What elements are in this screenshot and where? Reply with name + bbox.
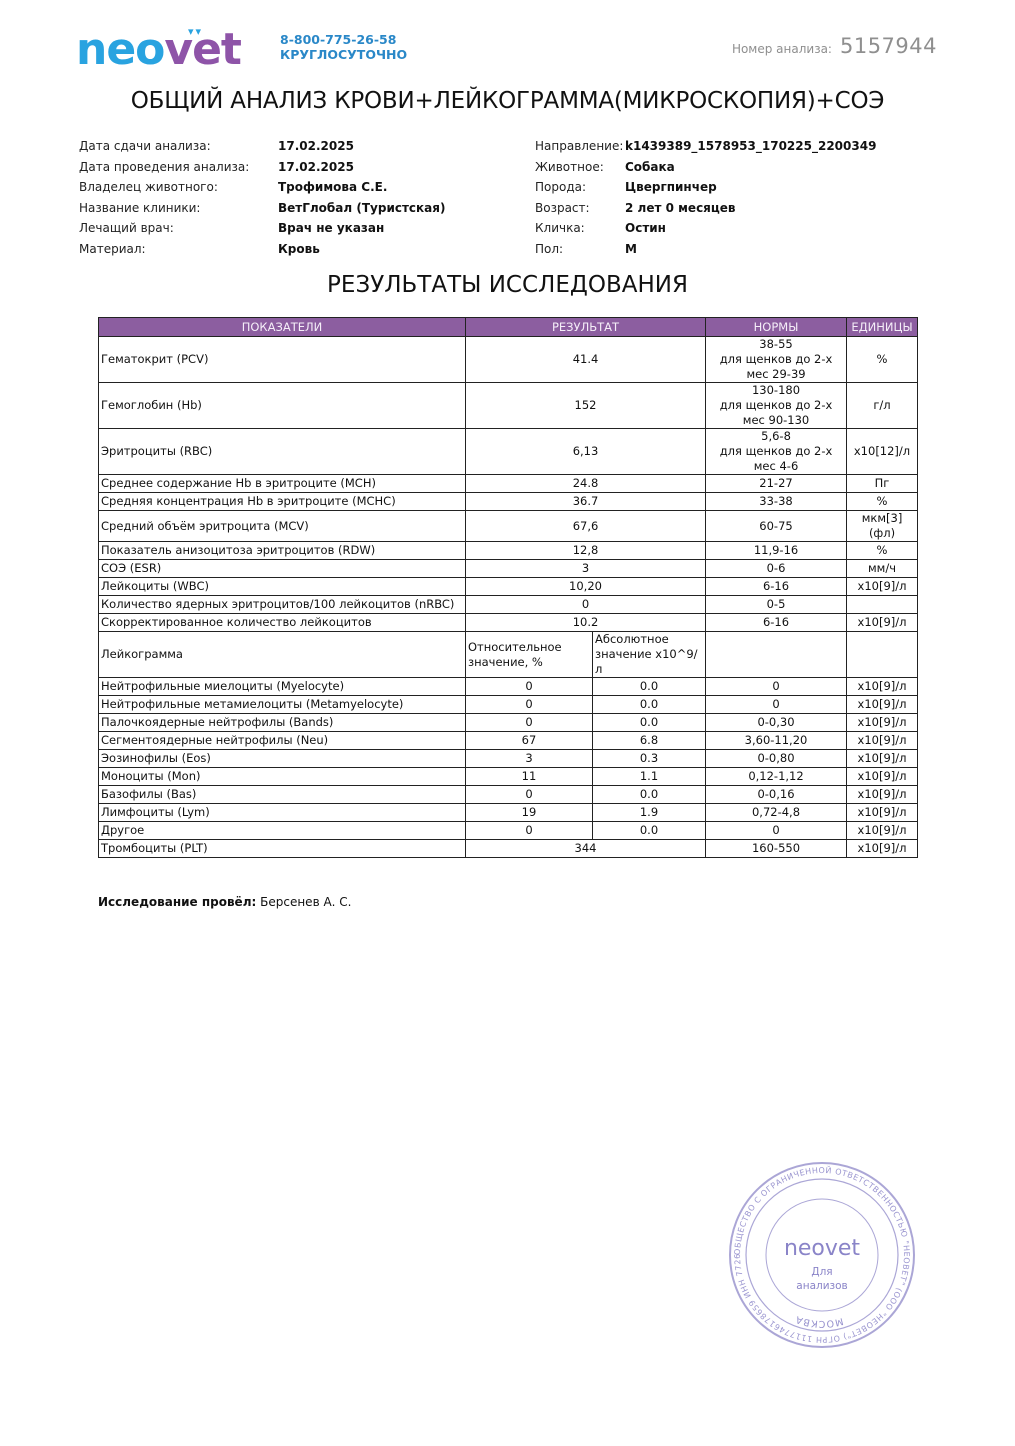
unit-value: мкм[3](фл) bbox=[847, 511, 918, 542]
table-row: Нейтрофильные метамиелоциты (Metamyelocy… bbox=[99, 696, 918, 714]
indicator-name: Сегментоядерные нейтрофилы (Neu) bbox=[99, 732, 466, 750]
norm-value: 0-5 bbox=[706, 596, 847, 614]
analysis-number-value: 5157944 bbox=[840, 34, 937, 58]
relative-value: 0 bbox=[466, 696, 593, 714]
indicator-name: Тромбоциты (PLT) bbox=[99, 840, 466, 858]
logo-neo: neo bbox=[76, 24, 164, 75]
indicator-name: Базофилы (Bas) bbox=[99, 786, 466, 804]
header-norms: НОРМЫ bbox=[706, 318, 847, 337]
unit-value: г/л bbox=[847, 383, 918, 429]
norm-value: 0 bbox=[706, 696, 847, 714]
unit-value: x10[9]/л bbox=[847, 768, 918, 786]
meta-label: Возраст: bbox=[535, 198, 625, 219]
norm-value: 6-16 bbox=[706, 578, 847, 596]
relative-value: 0 bbox=[466, 714, 593, 732]
unit-value: % bbox=[847, 337, 918, 383]
meta-row: Материал:Кровь bbox=[79, 239, 445, 260]
result-value: 41.4 bbox=[466, 337, 706, 383]
absolute-value: 0.0 bbox=[593, 714, 706, 732]
norm-value: 11,9-16 bbox=[706, 542, 847, 560]
meta-label: Порода: bbox=[535, 177, 625, 198]
norm-value: 6-16 bbox=[706, 614, 847, 632]
cat-ears-icon: ▾▾ bbox=[188, 25, 203, 38]
indicator-name: Средний объём эритроцита (MCV) bbox=[99, 511, 466, 542]
norm-value: 0-0,80 bbox=[706, 750, 847, 768]
norm-value: 33-38 bbox=[706, 493, 847, 511]
meta-row: Дата сдачи анализа:17.02.2025 bbox=[79, 136, 445, 157]
absolute-value: 0.0 bbox=[593, 696, 706, 714]
header-result: РЕЗУЛЬТАТ bbox=[466, 318, 706, 337]
norm-value: 0-6 bbox=[706, 560, 847, 578]
hours-label: КРУГЛОСУТОЧНО bbox=[280, 47, 407, 62]
absolute-value: 6.8 bbox=[593, 732, 706, 750]
meta-value: Врач не указан bbox=[278, 218, 384, 239]
indicator-name: Гематокрит (PCV) bbox=[99, 337, 466, 383]
unit-value: x10[9]/л bbox=[847, 786, 918, 804]
norm-value: 0,12-1,12 bbox=[706, 768, 847, 786]
header-indicators: ПОКАЗАТЕЛИ bbox=[99, 318, 466, 337]
norm-value: 5,6-8для щенков до 2-хмес 4-6 bbox=[706, 429, 847, 475]
meta-value: Собака bbox=[625, 157, 675, 178]
meta-label: Название клиники: bbox=[79, 198, 278, 219]
absolute-value: 0.0 bbox=[593, 678, 706, 696]
signed-by-name: Берсенев А. С. bbox=[260, 895, 351, 909]
meta-label: Кличка: bbox=[535, 218, 625, 239]
meta-label: Пол: bbox=[535, 239, 625, 260]
phone-number: 8-800-775-26-58 bbox=[280, 32, 407, 47]
table-row: Палочкоядерные нейтрофилы (Bands) 0 0.0 … bbox=[99, 714, 918, 732]
indicator-name: Показатель анизоцитоза эритроцитов (RDW) bbox=[99, 542, 466, 560]
results-table: ПОКАЗАТЕЛИ РЕЗУЛЬТАТ НОРМЫ ЕДИНИЦЫ Гемат… bbox=[98, 317, 918, 858]
meta-value: Кровь bbox=[278, 239, 320, 260]
contact-block: 8-800-775-26-58 КРУГЛОСУТОЧНО bbox=[280, 32, 407, 62]
relative-value: 0 bbox=[466, 786, 593, 804]
table-row: Другое 0 0.0 0 x10[9]/л bbox=[99, 822, 918, 840]
meta-value: М bbox=[625, 239, 637, 260]
indicator-name: Гемоглобин (Hb) bbox=[99, 383, 466, 429]
unit-value bbox=[847, 596, 918, 614]
norm-value: 3,60-11,20 bbox=[706, 732, 847, 750]
result-value: 3 bbox=[466, 560, 706, 578]
result-value: 12,8 bbox=[466, 542, 706, 560]
stamp-logo: neovet bbox=[784, 1236, 860, 1261]
unit-value: x10[9]/л bbox=[847, 822, 918, 840]
indicator-name: Нейтрофильные метамиелоциты (Metamyelocy… bbox=[99, 696, 466, 714]
empty-cell bbox=[847, 632, 918, 678]
table-row: Средняя концентрация Hb в эритроците (MC… bbox=[99, 493, 918, 511]
meta-label: Лечащий врач: bbox=[79, 218, 278, 239]
indicator-name: Другое bbox=[99, 822, 466, 840]
header-units: ЕДИНИЦЫ bbox=[847, 318, 918, 337]
unit-value: x10[9]/л bbox=[847, 732, 918, 750]
analysis-number-label: Номер анализа: bbox=[732, 42, 832, 56]
norm-value: 21-27 bbox=[706, 475, 847, 493]
meta-label: Дата сдачи анализа: bbox=[79, 136, 278, 157]
table-row: Количество ядерных эритроцитов/100 лейко… bbox=[99, 596, 918, 614]
unit-value: x10[9]/л bbox=[847, 696, 918, 714]
table-row: Лимфоциты (Lym) 19 1.9 0,72-4,8 x10[9]/л bbox=[99, 804, 918, 822]
absolute-value: 1.9 bbox=[593, 804, 706, 822]
indicator-name: Скорректированное количество лейкоцитов bbox=[99, 614, 466, 632]
result-value: 36.7 bbox=[466, 493, 706, 511]
indicator-name: Лимфоциты (Lym) bbox=[99, 804, 466, 822]
meta-value: 2 лет 0 месяцев bbox=[625, 198, 736, 219]
table-row: Тромбоциты (PLT) 344 160-550 x10[9]/л bbox=[99, 840, 918, 858]
unit-value: x10[12]/л bbox=[847, 429, 918, 475]
table-row: Нейтрофильные миелоциты (Myelocyte) 0 0.… bbox=[99, 678, 918, 696]
indicator-name: СОЭ (ESR) bbox=[99, 560, 466, 578]
indicator-name: Лейкоциты (WBC) bbox=[99, 578, 466, 596]
norm-value: 0,72-4,8 bbox=[706, 804, 847, 822]
unit-value: x10[9]/л bbox=[847, 750, 918, 768]
table-row: Моноциты (Mon) 11 1.1 0,12-1,12 x10[9]/л bbox=[99, 768, 918, 786]
relative-value: 0 bbox=[466, 678, 593, 696]
table-row: Показатель анизоцитоза эритроцитов (RDW)… bbox=[99, 542, 918, 560]
result-value: 152 bbox=[466, 383, 706, 429]
table-row: Эритроциты (RBC) 6,13 5,6-8для щенков до… bbox=[99, 429, 918, 475]
indicator-name: Нейтрофильные миелоциты (Myelocyte) bbox=[99, 678, 466, 696]
signed-by-label: Исследование провёл: bbox=[98, 895, 256, 909]
table-row: Лейкоциты (WBC) 10,20 6-16 x10[9]/л bbox=[99, 578, 918, 596]
absolute-value: 1.1 bbox=[593, 768, 706, 786]
table-row: Сегментоядерные нейтрофилы (Neu) 67 6.8 … bbox=[99, 732, 918, 750]
stamp-center-line2: анализов bbox=[796, 1280, 847, 1292]
meta-row: Порода:Цвергпинчер bbox=[535, 177, 876, 198]
relative-value: 0 bbox=[466, 822, 593, 840]
relative-value: 11 bbox=[466, 768, 593, 786]
meta-row: Пол:М bbox=[535, 239, 876, 260]
unit-value: x10[9]/л bbox=[847, 714, 918, 732]
unit-value: x10[9]/л bbox=[847, 804, 918, 822]
signed-by: Исследование провёл: Берсенев А. С. bbox=[98, 895, 351, 909]
patient-info-right: Направление:k1439389_1578953_170225_2200… bbox=[535, 136, 876, 259]
analysis-number: Номер анализа: 5157944 bbox=[732, 34, 937, 58]
meta-value: Трофимова С.Е. bbox=[278, 177, 387, 198]
indicator-name: Количество ядерных эритроцитов/100 лейко… bbox=[99, 596, 466, 614]
clinic-stamp: ОБЩЕСТВО С ОГРАНИЧЕННОЙ ОТВЕТСТВЕННОСТЬЮ… bbox=[727, 1160, 917, 1350]
table-row: СОЭ (ESR) 3 0-6 мм/ч bbox=[99, 560, 918, 578]
unit-value: x10[9]/л bbox=[847, 578, 918, 596]
norm-value: 0-0,30 bbox=[706, 714, 847, 732]
meta-value: 17.02.2025 bbox=[278, 136, 354, 157]
meta-label: Материал: bbox=[79, 239, 278, 260]
document-title: ОБЩИЙ АНАЛИЗ КРОВИ+ЛЕЙКОГРАММА(МИКРОСКОП… bbox=[0, 88, 1015, 114]
result-value: 10.2 bbox=[466, 614, 706, 632]
meta-label: Дата проведения анализа: bbox=[79, 157, 278, 178]
meta-value: ВетГлобал (Туристская) bbox=[278, 198, 445, 219]
unit-value: x10[9]/л bbox=[847, 614, 918, 632]
indicator-name: Эозинофилы (Eos) bbox=[99, 750, 466, 768]
unit-value: x10[9]/л bbox=[847, 840, 918, 858]
norm-value: 130-180для щенков до 2-хмес 90-130 bbox=[706, 383, 847, 429]
stamp-center-line1: Для bbox=[811, 1266, 832, 1278]
results-title: РЕЗУЛЬТАТЫ ИССЛЕДОВАНИЯ bbox=[0, 272, 1015, 298]
absolute-value: 0.0 bbox=[593, 786, 706, 804]
unit-value: мм/ч bbox=[847, 560, 918, 578]
meta-value: Остин bbox=[625, 218, 666, 239]
relative-value: 67 bbox=[466, 732, 593, 750]
meta-row: Владелец животного:Трофимова С.Е. bbox=[79, 177, 445, 198]
patient-info-left: Дата сдачи анализа:17.02.2025Дата провед… bbox=[79, 136, 445, 259]
table-header-row: ПОКАЗАТЕЛИ РЕЗУЛЬТАТ НОРМЫ ЕДИНИЦЫ bbox=[99, 318, 918, 337]
table-row: Средний объём эритроцита (MCV) 67,6 60-7… bbox=[99, 511, 918, 542]
relative-value: 3 bbox=[466, 750, 593, 768]
result-value: 344 bbox=[466, 840, 706, 858]
meta-row: Направление:k1439389_1578953_170225_2200… bbox=[535, 136, 876, 157]
indicator-name: Эритроциты (RBC) bbox=[99, 429, 466, 475]
indicator-name: Средняя концентрация Hb в эритроците (MC… bbox=[99, 493, 466, 511]
result-value: 24.8 bbox=[466, 475, 706, 493]
norm-value: 0 bbox=[706, 678, 847, 696]
norm-value: 38-55для щенков до 2-хмес 29-39 bbox=[706, 337, 847, 383]
meta-value: k1439389_1578953_170225_2200349 bbox=[625, 136, 876, 157]
relative-header: Относительное значение, % bbox=[466, 632, 593, 678]
meta-value: Цвергпинчер bbox=[625, 177, 717, 198]
table-row: Гемоглобин (Hb) 152 130-180для щенков до… bbox=[99, 383, 918, 429]
leukogram-header-row: Лейкограмма Относительное значение, % Аб… bbox=[99, 632, 918, 678]
svg-text:МОСКВА: МОСКВА bbox=[794, 1313, 845, 1329]
relative-value: 19 bbox=[466, 804, 593, 822]
norm-value: 160-550 bbox=[706, 840, 847, 858]
meta-row: Возраст:2 лет 0 месяцев bbox=[535, 198, 876, 219]
unit-value: Пг bbox=[847, 475, 918, 493]
table-row: Базофилы (Bas) 0 0.0 0-0,16 x10[9]/л bbox=[99, 786, 918, 804]
meta-label: Направление: bbox=[535, 136, 625, 157]
meta-row: Название клиники:ВетГлобал (Туристская) bbox=[79, 198, 445, 219]
norm-value: 0-0,16 bbox=[706, 786, 847, 804]
norm-value: 0 bbox=[706, 822, 847, 840]
table-row: Среднее содержание Hb в эритроците (MCH)… bbox=[99, 475, 918, 493]
meta-label: Владелец животного: bbox=[79, 177, 278, 198]
leukogram-label: Лейкограмма bbox=[99, 632, 466, 678]
unit-value: % bbox=[847, 493, 918, 511]
table-row: Эозинофилы (Eos) 3 0.3 0-0,80 x10[9]/л bbox=[99, 750, 918, 768]
meta-value: 17.02.2025 bbox=[278, 157, 354, 178]
neovet-logo: ▾▾ neovet bbox=[76, 24, 241, 72]
unit-value: % bbox=[847, 542, 918, 560]
absolute-header: Абсолютное значение x10^9/л bbox=[593, 632, 706, 678]
table-row: Скорректированное количество лейкоцитов … bbox=[99, 614, 918, 632]
unit-value: x10[9]/л bbox=[847, 678, 918, 696]
empty-cell bbox=[706, 632, 847, 678]
meta-row: Кличка:Остин bbox=[535, 218, 876, 239]
result-value: 67,6 bbox=[466, 511, 706, 542]
absolute-value: 0.3 bbox=[593, 750, 706, 768]
table-row: Гематокрит (PCV) 41.4 38-55для щенков до… bbox=[99, 337, 918, 383]
meta-row: Лечащий врач:Врач не указан bbox=[79, 218, 445, 239]
meta-row: Животное:Собака bbox=[535, 157, 876, 178]
indicator-name: Моноциты (Mon) bbox=[99, 768, 466, 786]
result-value: 10,20 bbox=[466, 578, 706, 596]
indicator-name: Среднее содержание Hb в эритроците (MCH) bbox=[99, 475, 466, 493]
absolute-value: 0.0 bbox=[593, 822, 706, 840]
meta-label: Животное: bbox=[535, 157, 625, 178]
result-value: 6,13 bbox=[466, 429, 706, 475]
indicator-name: Палочкоядерные нейтрофилы (Bands) bbox=[99, 714, 466, 732]
norm-value: 60-75 bbox=[706, 511, 847, 542]
stamp-inner-text: МОСКВА bbox=[794, 1313, 845, 1329]
meta-row: Дата проведения анализа:17.02.2025 bbox=[79, 157, 445, 178]
result-value: 0 bbox=[466, 596, 706, 614]
